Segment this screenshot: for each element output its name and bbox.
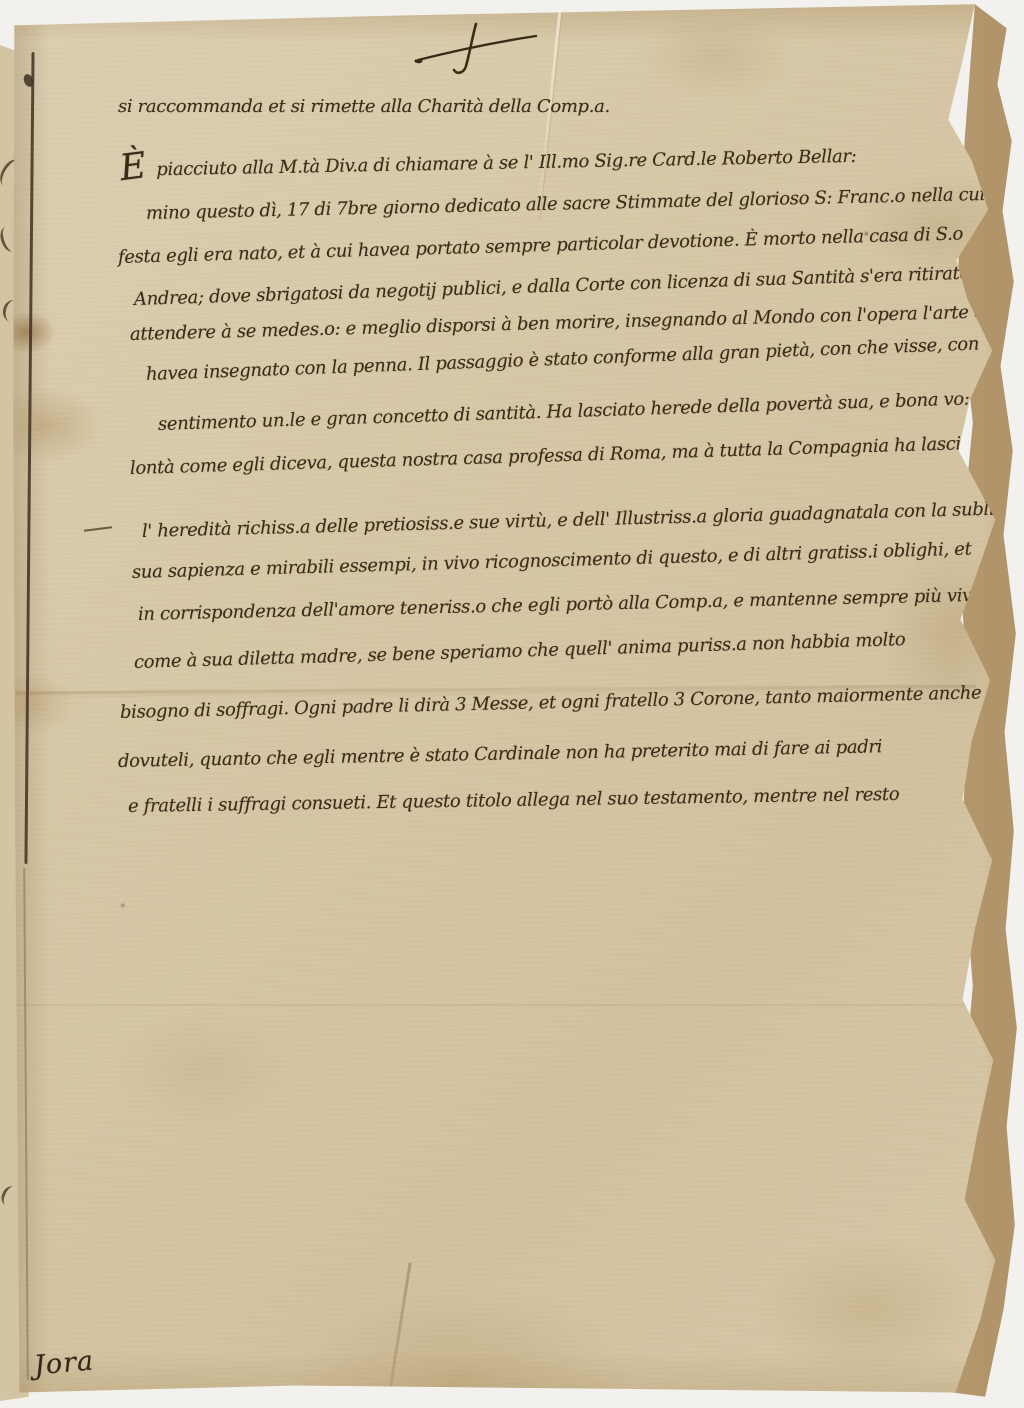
manuscript-line: si raccommanda et si rimette alla Charit… [118, 96, 610, 117]
paragraph-mark [84, 526, 112, 531]
manuscript-line: lontà come egli diceva, questa nostra ca… [130, 433, 989, 479]
manuscript-line: bisogno di soffragi. Ogni padre li dirà … [120, 682, 982, 723]
manuscript-line-text: piacciuto alla M.tà Div.a di chiamare à … [151, 146, 857, 181]
manuscript-line: l' heredità richiss.a delle pretiosiss.e… [142, 498, 1022, 542]
invocation-cross-icon [412, 20, 544, 78]
decorated-initial: È [119, 159, 146, 176]
manuscript-line: dovuteli, quanto che egli mentre è stato… [118, 736, 882, 772]
manuscript-line: e fratelli i suffragi consueti. Et quest… [128, 784, 900, 817]
binding-thread [24, 52, 34, 864]
manuscript-line: come à sua diletta madre, se bene speria… [134, 629, 906, 673]
manuscript-line: sua sapienza e mirabili essempi, in vivo… [132, 539, 972, 583]
manuscript-line: festa egli era nato, et à cui havea port… [118, 223, 964, 268]
faint-fold-crease [16, 1004, 966, 1006]
manuscript-line: in corrispondenza dell'amore teneriss.o … [138, 585, 983, 625]
margin-ink-mark [0, 1184, 20, 1208]
bottom-fold-crease [387, 1263, 411, 1398]
letter-body: È piacciuto alla M.tà Div.a di chiamare … [118, 96, 1000, 856]
manuscript-sheet: È piacciuto alla M.tà Div.a di chiamare … [0, 0, 1024, 1408]
manuscript-line: Andrea; dove sbrigatosi da negotij publi… [134, 262, 1006, 310]
manuscript-line: È piacciuto alla M.tà Div.a di chiamare … [120, 144, 857, 181]
binding-crease [23, 868, 29, 1380]
manuscript-line: sentimento un.le e gran concetto di sant… [158, 389, 970, 435]
manuscript-line: mino questo dì, 17 di 7bre giorno dedica… [146, 184, 985, 224]
scanned-manuscript-page: È piacciuto alla M.tà Div.a di chiamare … [0, 0, 1024, 1408]
archival-note: Jora [33, 1345, 96, 1381]
